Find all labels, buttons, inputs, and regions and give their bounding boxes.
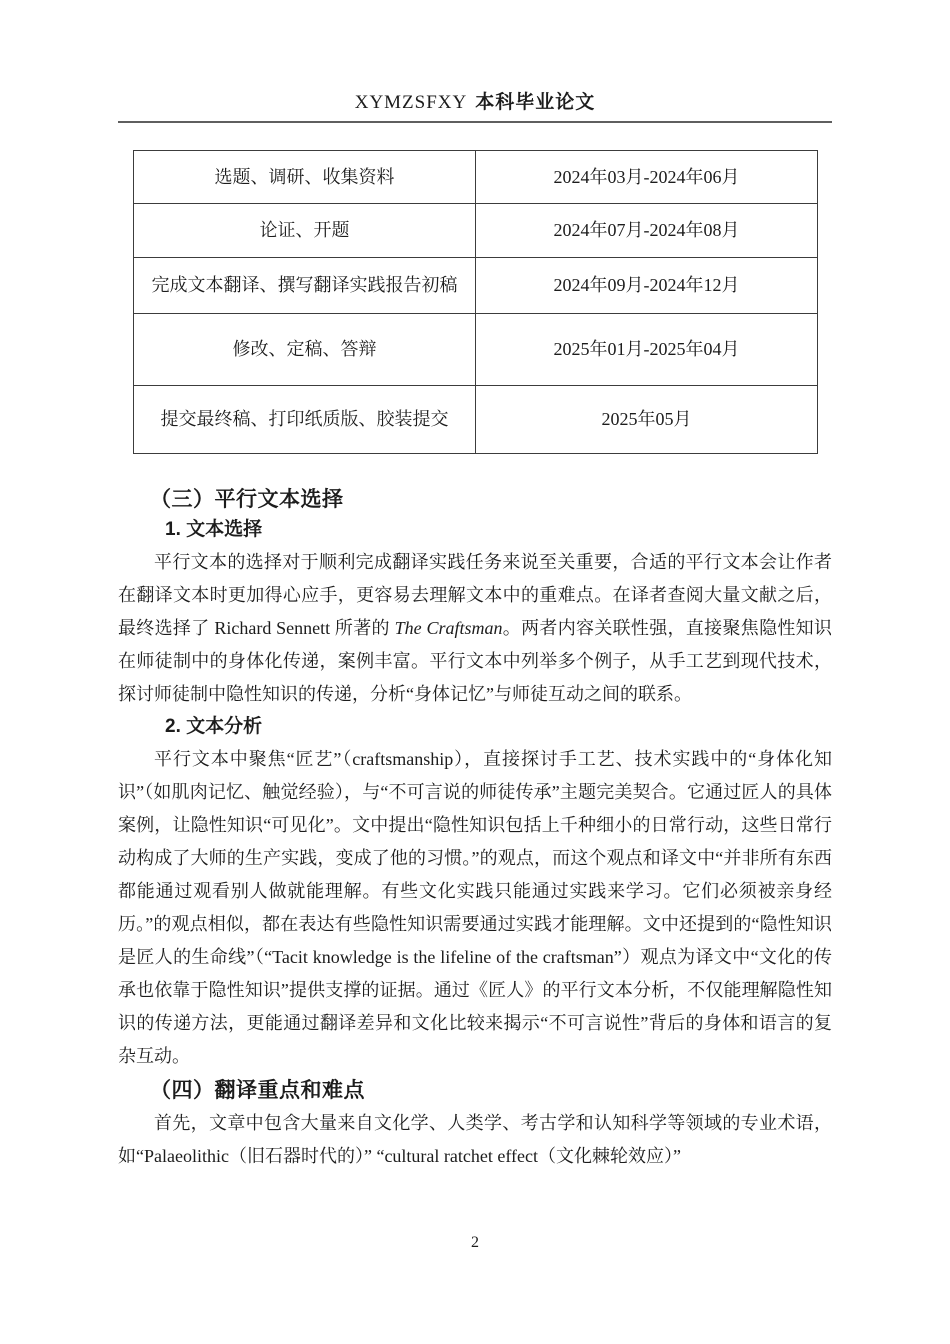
header-school-code: XYMZSFXY <box>355 92 468 113</box>
table-row: 论证、开题 2024年07月-2024年08月 <box>134 204 818 258</box>
page-number: 2 <box>0 1234 950 1252</box>
task-cell: 完成文本翻译、撰写翻译实践报告初稿 <box>134 258 476 314</box>
sub-heading-text-selection: 1. 文本选择 <box>165 516 832 544</box>
table-row: 修改、定稿、答辩 2025年01月-2025年04月 <box>134 314 818 386</box>
period-cell: 2024年07月-2024年08月 <box>476 204 818 258</box>
running-header: XYMZSFXY本科毕业论文 <box>118 92 832 123</box>
book-title-italic: The Craftsman <box>395 618 503 638</box>
paragraph-text-analysis: 平行文本中聚焦“匠艺”（craftsmanship），直接探讨手工艺、技术实践中… <box>118 743 832 1073</box>
period-cell: 2025年01月-2025年04月 <box>476 314 818 386</box>
table-row: 提交最终稿、打印纸质版、胶装提交 2025年05月 <box>134 386 818 454</box>
paragraph-text-selection: 平行文本的选择对于顺利完成翻译实践任务来说至关重要，合适的平行文本会让作者在翻译… <box>118 546 832 711</box>
task-cell: 选题、调研、收集资料 <box>134 151 476 204</box>
table-row: 完成文本翻译、撰写翻译实践报告初稿 2024年09月-2024年12月 <box>134 258 818 314</box>
sub-heading-text-analysis: 2. 文本分析 <box>165 713 832 741</box>
period-cell: 2025年05月 <box>476 386 818 454</box>
period-cell: 2024年03月-2024年06月 <box>476 151 818 204</box>
period-cell: 2024年09月-2024年12月 <box>476 258 818 314</box>
header-title: 本科毕业论文 <box>475 92 595 113</box>
task-cell: 修改、定稿、答辩 <box>134 314 476 386</box>
table-row: 选题、调研、收集资料 2024年03月-2024年06月 <box>134 151 818 204</box>
document-body: （三）平行文本选择 1. 文本选择 平行文本的选择对于顺利完成翻译实践任务来说至… <box>118 486 832 1173</box>
schedule-table: 选题、调研、收集资料 2024年03月-2024年06月 论证、开题 2024年… <box>133 150 818 454</box>
section-heading-3: （三）平行文本选择 <box>150 486 832 514</box>
task-cell: 提交最终稿、打印纸质版、胶装提交 <box>134 386 476 454</box>
task-cell: 论证、开题 <box>134 204 476 258</box>
section-heading-4: （四）翻译重点和难点 <box>150 1077 832 1105</box>
paragraph-translation-difficulties: 首先，文章中包含大量来自文化学、人类学、考古学和认知科学等领域的专业术语，如“P… <box>118 1107 832 1173</box>
document-page: XYMZSFXY本科毕业论文 选题、调研、收集资料 2024年03月-2024年… <box>0 0 950 1344</box>
